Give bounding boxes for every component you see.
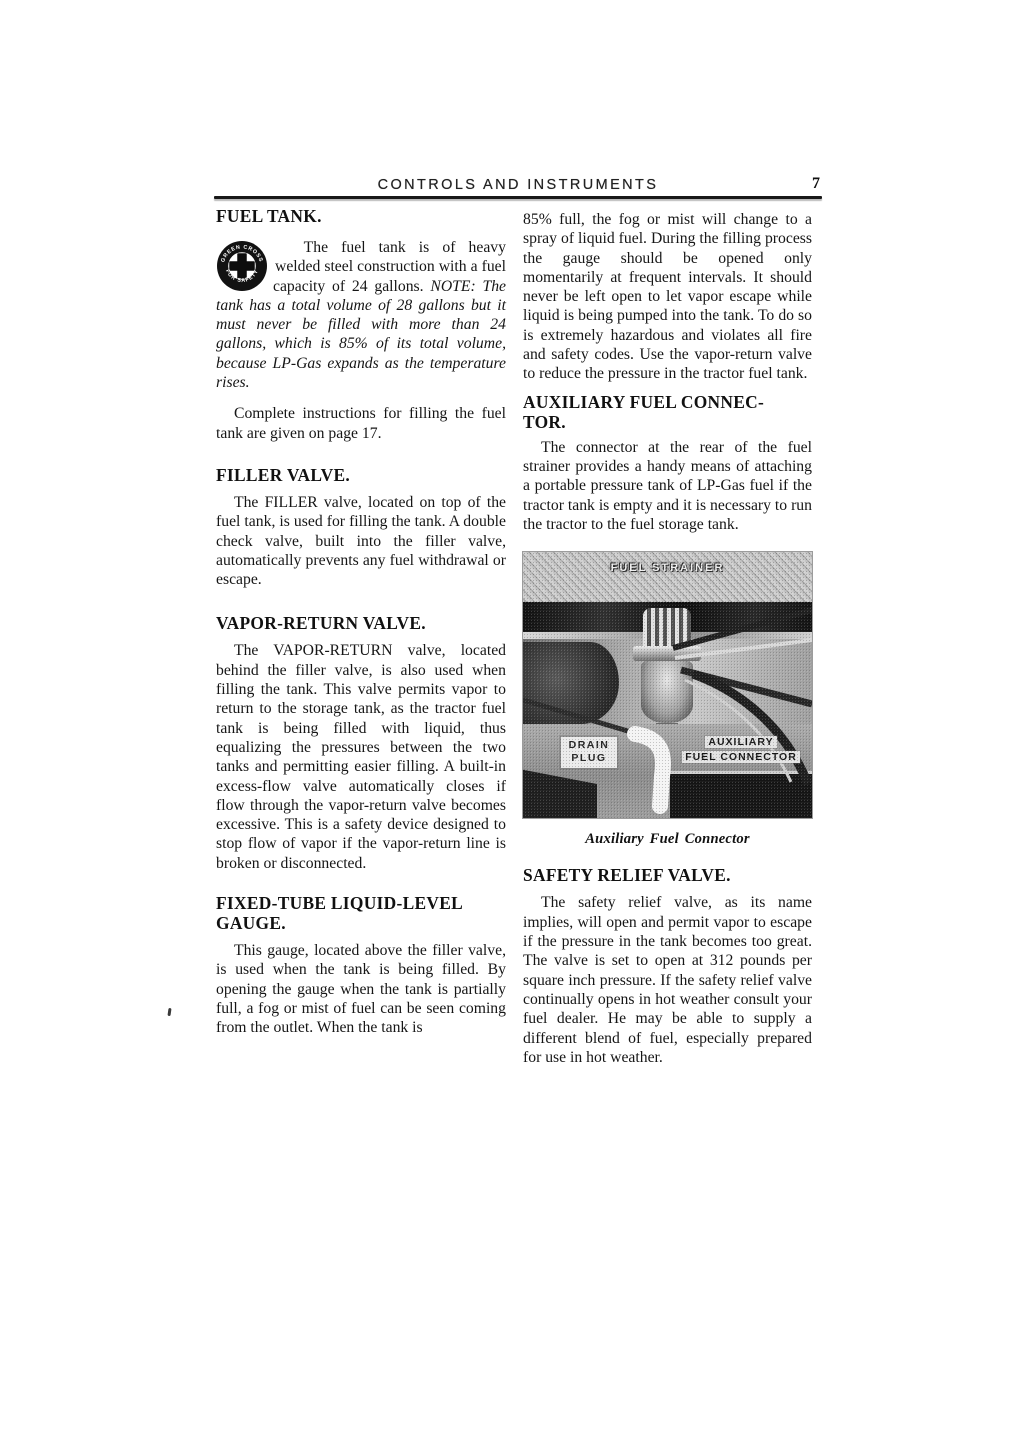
aux-label-line2: FUEL CONNECTOR (682, 751, 800, 763)
page-number: 7 (770, 175, 820, 193)
photo-label-drain-plug: DRAIN PLUG (561, 737, 617, 768)
liquid-level-gauge-paragraph: This gauge, located above the filler val… (216, 941, 506, 1037)
filling-instructions-paragraph: Complete instructions for filling the fu… (216, 404, 506, 443)
filler-valve-paragraph: The FILLER valve, located on top of the … (216, 493, 506, 589)
right-column: 85% full, the fog or mist will change to… (523, 206, 812, 1067)
gauge-continuation-paragraph: 85% full, the fog or mist will change to… (523, 210, 812, 384)
photo-label-aux-connector: AUXILIARY FUEL CONNECTOR (671, 735, 811, 765)
fuel-tank-paragraph: GREEN CROSS FOR SAFETY The fuel tank is … (216, 238, 506, 392)
liquid-level-gauge-heading-line1: FIXED-TUBE LIQUID-LEVEL (216, 893, 506, 913)
fuel-strainer-photo: FUEL STRAINER DRAIN PLUG AUXILIARY FUEL … (523, 552, 812, 818)
green-cross-safety-icon: GREEN CROSS FOR SAFETY (216, 240, 268, 292)
liquid-level-gauge-heading-line2: GAUGE. (216, 913, 506, 933)
header-rule (214, 196, 822, 199)
manual-page: CONTROLS AND INSTRUMENTS 7 FUEL TANK. GR… (0, 0, 1024, 1449)
photo-hoses-overlay (523, 552, 812, 818)
liquid-level-gauge-heading: FIXED-TUBE LIQUID-LEVEL GAUGE. (216, 893, 506, 933)
drain-label-line1: DRAIN (569, 739, 610, 751)
vapor-return-valve-heading: VAPOR-RETURN VALVE. (216, 613, 506, 633)
safety-relief-valve-paragraph: The safety relief valve, as its name imp… (523, 893, 812, 1067)
vapor-return-valve-paragraph: The VAPOR-RETURN valve, located behind t… (216, 641, 506, 873)
aux-fuel-connector-paragraph: The connector at the rear of the fuel st… (523, 438, 812, 534)
filler-valve-heading: FILLER VALVE. (216, 465, 506, 485)
aux-fuel-connector-heading-line1: AUXILIARY FUEL CONNEC- (523, 392, 812, 412)
drain-label-line2: PLUG (571, 752, 606, 764)
safety-relief-valve-heading: SAFETY RELIEF VALVE. (523, 865, 812, 885)
page-header-title: CONTROLS AND INSTRUMENTS (216, 177, 820, 193)
figure-caption: Auxiliary Fuel Connector (523, 830, 812, 849)
aux-fuel-connector-heading: AUXILIARY FUEL CONNEC- TOR. (523, 392, 812, 432)
scan-artifact-speck (167, 1008, 171, 1016)
photo-label-fuel-strainer: FUEL STRAINER (523, 559, 812, 578)
fuel-tank-heading: FUEL TANK. (216, 206, 506, 226)
aux-label-line1: AUXILIARY (705, 736, 776, 748)
left-column: FUEL TANK. GREEN CROSS FOR SAFETY The fu… (216, 206, 506, 1038)
aux-fuel-connector-heading-line2: TOR. (523, 412, 812, 432)
